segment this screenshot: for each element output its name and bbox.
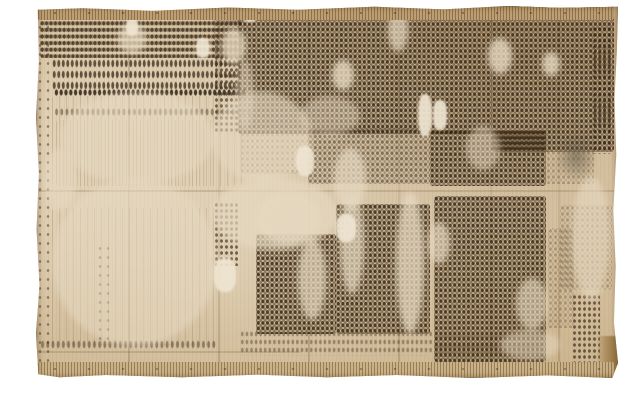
text-block-col-medium [572, 294, 600, 364]
edge-fringe-bottom [38, 362, 614, 378]
faded-stain [60, 92, 214, 184]
faded-stain [222, 28, 246, 64]
faded-stain [500, 330, 560, 360]
faded-stain [516, 278, 548, 330]
faded-stain [256, 192, 320, 244]
faded-stain [300, 96, 360, 136]
repair-patch [296, 146, 314, 176]
faded-stain [466, 126, 500, 170]
faded-stain [332, 60, 354, 90]
faded-stain [52, 178, 217, 346]
faded-stain [236, 60, 254, 130]
faded-stain [340, 194, 364, 294]
text-block-rows-faint [240, 330, 432, 356]
text-block-medium [308, 128, 430, 184]
repair-patch [214, 258, 236, 292]
faded-stain [488, 38, 512, 74]
repair-patch [196, 38, 210, 58]
repair-patch [126, 18, 138, 36]
faded-stain [298, 238, 326, 320]
faded-stain [396, 192, 424, 334]
faded-stain [572, 176, 610, 300]
edge-fringe-top [38, 6, 614, 20]
repair-patch [433, 100, 447, 130]
faded-stain [542, 52, 560, 76]
faded-stain [44, 148, 76, 210]
repair-patch [336, 214, 356, 242]
photo-canvas [0, 0, 640, 397]
manuscript-scroll [36, 6, 618, 378]
faded-stain [428, 222, 450, 264]
ink-smudge [556, 132, 596, 180]
repair-patch [418, 94, 432, 136]
text-block-faint [548, 228, 574, 328]
